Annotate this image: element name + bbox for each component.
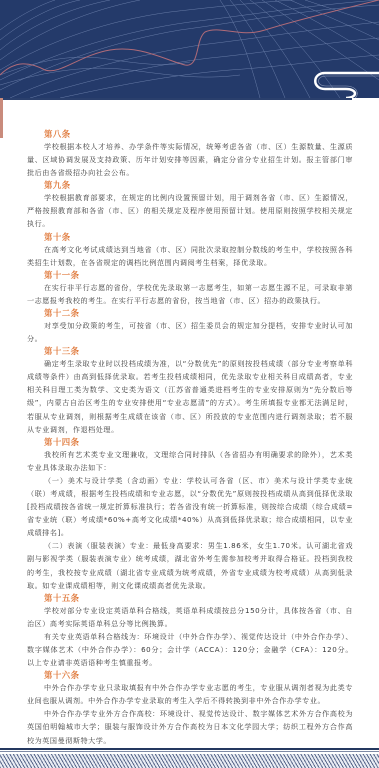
article-paragraph: 我校所有艺术类专业文理兼收，文理综合同时排队（各省招办有明确要求的除外），艺术类…: [27, 448, 353, 474]
article-paragraph: 在实行非平行志愿的省份，学校优先录取第一志愿考生，如第一志愿生源不足，可录取非第…: [27, 281, 353, 307]
article-paragraph: 学校根据教育部要求，在规定的比例内设置预留计划，用于调剂各省（市、区）生源情况，…: [27, 191, 353, 230]
article-paragraph: （二）表演（服装表演）专业：最低身高要求：男生1.86米，女生1.70米。认可湖…: [27, 539, 353, 591]
footer-rule-thin: [0, 751, 379, 752]
regulations-body: 第八条 学校根据本校人才培养、办学条件等实际情况，统筹考虑各省（市、区）生源数量…: [27, 128, 353, 747]
article-paragraph: （一）美术与设计学类（含动画）专业：学校认可各省（区、市）美术与设计学类专业统（…: [27, 474, 353, 539]
article-16: 第十六条 中外合作办学专业只录取填报有中外合作办学专业志愿的考生，专业服从调剂者…: [27, 669, 353, 746]
footer-hatch-pattern: [0, 754, 379, 768]
article-13: 第十三条 确定考生录取专业时以投档成绩为准，以“分数优先”的原则按投档成绩（部分…: [27, 345, 353, 436]
header-banner: [0, 0, 379, 98]
article-8: 第八条 学校根据本校人才培养、办学条件等实际情况，统筹考虑各省（市、区）生源数量…: [27, 128, 353, 179]
article-title: 第十六条: [44, 669, 353, 681]
article-12: 第十二条 对享受加分政策的考生，可按省（市、区）招生委员会的规定加分提档，安排专…: [27, 307, 353, 345]
article-title: 第十四条: [44, 436, 353, 448]
article-paragraph: 中外合作办学专业只录取填报有中外合作办学专业志愿的考生，专业服从调剂者视为此类专…: [27, 681, 353, 707]
article-15: 第十五条 学校对部分专业设定英语单科合格线，英语单科成绩按总分150分计，具体按…: [27, 592, 353, 669]
article-title: 第十五条: [44, 592, 353, 604]
article-title: 第九条: [44, 179, 353, 191]
article-title: 第十二条: [44, 307, 353, 319]
banner-divider: [0, 98, 352, 100]
wave-lines-decoration: [0, 0, 379, 98]
article-14: 第十四条 我校所有艺术类专业文理兼收，文理综合同时排队（各省招办有明确要求的除外…: [27, 436, 353, 592]
article-11: 第十一条 在实行非平行志愿的省份，学校优先录取第一志愿考生，如第一志愿生源不足，…: [27, 269, 353, 307]
footer-rule: [0, 748, 379, 750]
article-9: 第九条 学校根据教育部要求，在规定的比例内设置预留计划，用于调剂各省（市、区）生…: [27, 179, 353, 230]
article-title: 第八条: [44, 128, 353, 140]
article-paragraph: 中外合作办学专业外方合作高校：环境设计、视觉传达设计、数字媒体艺术外方合作高校为…: [27, 707, 353, 746]
article-paragraph: 有关专业英语单科合格线为：环境设计（中外合作办学）、视觉传达设计（中外合作办学）…: [27, 630, 353, 669]
article-paragraph: 确定考生录取专业时以投档成绩为准，以“分数优先”的原则按投档成绩（部分专业考察单…: [27, 357, 353, 436]
article-title: 第十条: [44, 231, 353, 243]
footer-band: [0, 748, 379, 768]
article-title: 第十一条: [44, 269, 353, 281]
article-paragraph: 学校根据本校人才培养、办学条件等实际情况，统筹考虑各省（市、区）生源数量、生源质…: [27, 140, 353, 179]
article-paragraph: 学校对部分专业设定英语单科合格线，英语单科成绩按总分150分计，具体按各省（市、…: [27, 604, 353, 630]
article-10: 第十条 在高考文化考试成绩达到当地省（市、区）同批次录取控制分数线的考生中，学校…: [27, 231, 353, 269]
article-paragraph: 在高考文化考试成绩达到当地省（市、区）同批次录取控制分数线的考生中，学校按照各科…: [27, 243, 353, 269]
left-accent-bar: [0, 98, 3, 138]
article-paragraph: 对享受加分政策的考生，可按省（市、区）招生委员会的规定加分提档，安排专业时认可加…: [27, 319, 353, 345]
article-title: 第十三条: [44, 345, 353, 357]
